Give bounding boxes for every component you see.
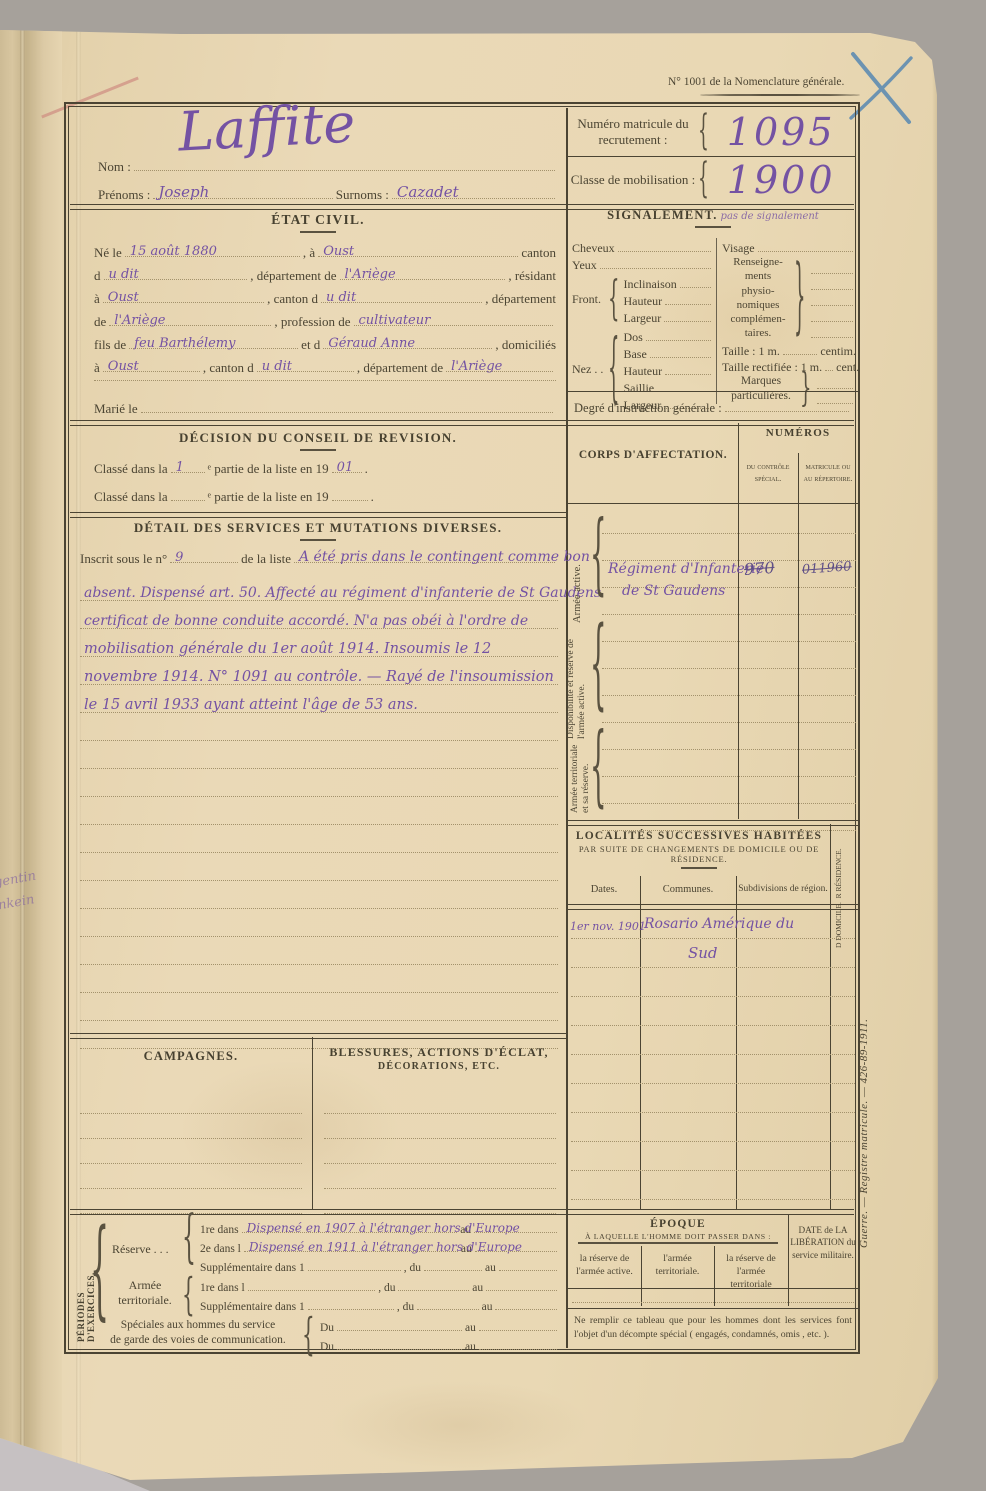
paper-stain [330,1380,590,1470]
blessures-title-1: BLESSURES, ACTIONS D'ÉCLAT, [312,1045,566,1060]
dotted-line [94,364,556,381]
territoriale-line-2: Supplémentaire dans 1 , du au [200,1297,560,1313]
dotted-line [602,696,856,723]
title-flourish [681,867,717,869]
section-rule [70,512,566,518]
mother-name-handwritten: Géraud Anne [328,336,415,351]
dotted-line [571,968,855,997]
localites-title: LOCALITÉS SUCCESSIVES HABITÉES [568,830,830,842]
taille-label: Taille : 1 m. [722,344,780,359]
matricule-repertoire-header: matricule ou au répertoire. [801,461,855,485]
dotted-line [80,965,558,993]
nez-label: Nez . . [572,362,608,377]
page-edge-shadow [932,35,940,1435]
dotted-line [80,1139,302,1164]
form-content: Nom : Laffite Prénoms : Joseph Surnoms :… [70,108,854,1348]
matricule-label: Numéro matricule du recrutement : [568,116,698,149]
title-flourish [695,226,731,228]
dotted-line [80,1114,302,1139]
dates-header: Dates. [568,884,640,895]
surnoms-field: Cazadet [392,184,555,199]
epoque-flourish [578,1242,778,1244]
decision-title: DÉCISION DU CONSEIL DE REVISION. [70,430,566,451]
surnoms-handwritten: Cazadet [397,183,459,201]
dotted-line [602,669,856,696]
epoque-date-col: DATE de LA LIBÉRATION du service militai… [790,1220,856,1261]
epoque-title: ÉPOQUE [568,1218,788,1230]
etat-civil-line-3: à Oust , canton d u dit , département [94,288,556,307]
dotted-line [602,777,856,804]
blessures-rows [324,1089,556,1214]
dotted-line [571,1084,855,1113]
prenoms-label: Prénoms : [98,187,150,203]
signalement-note-handwritten: pas de signalement [721,211,819,222]
register-page: gentin nkein N° 1001 de la Nomenclature … [0,0,986,1491]
matricule-value: 1095 [727,110,836,154]
renseignements-group: Renseigne- ments physio- nomiques complé… [722,255,856,341]
signalement-left-col: Cheveux Yeux Front. Inclinaison Hauteur … [572,238,714,412]
nomenclature-underline [700,94,860,96]
nom-label: Nom : [98,159,131,175]
dotted-line [80,937,558,965]
dotted-line [80,825,558,853]
services-line: novembre 1914. N° 1091 au contrôle. — Ra… [80,657,558,685]
subdivisions-header: Subdivisions de région. [736,884,830,894]
brace-icon [698,108,709,156]
birth-place-handwritten: Oust [323,244,354,259]
signalement-section: SIGNALEMENT. pas de signalement Cheveux … [568,208,858,420]
etat-civil-line-2: d u dit , département de l'Ariège , rési… [94,265,556,284]
classe-row: Classe de mobilisation : 1900 [568,156,856,204]
dotted-line [571,997,855,1026]
dotted-line [80,797,558,825]
dotted-line [571,1055,855,1084]
services-title: DÉTAIL DES SERVICES ET MUTATIONS DIVERSE… [70,520,566,541]
speciales-label: Spéciales aux hommes du service de garde… [98,1318,298,1348]
surnoms-label: Surnoms : [336,187,389,203]
armee-active-label: Armée active. [572,519,583,623]
nom-handwritten: Laffite [176,91,356,163]
dotted-line [80,1164,302,1189]
blessures-title-block: BLESSURES, ACTIONS D'ÉCLAT, DÉCORATIONS,… [312,1045,566,1072]
blessures-title-2: DÉCORATIONS, ETC. [312,1061,566,1072]
corps-num1-struck: 970 [743,558,775,579]
marie-line: Marié le [94,398,556,417]
nom-line: Nom : [98,156,558,175]
territoriale-label: Armée territoriale. [110,1278,180,1308]
binding-crease [20,0,25,1491]
services-line: absent. Dispensé art. 50. Affecté au rég… [80,573,558,601]
dispo-reserve-label: Disponibilité et réserve de l'armée acti… [566,629,588,739]
dotted-line [80,909,558,937]
matricule-row: Numéro matricule du recrutement : 1095 [568,108,856,157]
degre-rule [568,391,858,392]
dotted-line [80,713,558,741]
signalement-title-row: SIGNALEMENT. pas de signalement [568,208,858,228]
dotted-line [80,741,558,769]
epoque-col2: l'armée territoriale. [643,1248,712,1278]
etat-civil-line-4: de l'Ariège , profession de cultivateur [94,311,556,330]
birth-date-handwritten: 15 août 1880 [130,244,217,259]
campagnes-rows [80,1089,302,1214]
brace-icon [182,1268,195,1321]
localites-table: LOCALITÉS SUCCESSIVES HABITÉES PAR SUITE… [568,824,858,1210]
prenoms-field: Joseph [153,184,332,199]
title-flourish [300,539,336,541]
prenoms-handwritten: Joseph [158,183,209,201]
dotted-line [571,1171,855,1200]
brace-icon [608,272,619,327]
dotted-line [324,1089,556,1114]
territoriale-label: Armée territoriale et sa réserve. [570,743,592,813]
numeros-header: NUMÉROS [738,427,858,439]
territoriale-line-1: 1re dans l , du au [200,1278,560,1294]
campagnes-title: CAMPAGNES. [70,1049,312,1064]
epoque-col1: la réserve de l'armée active. [570,1248,639,1278]
communes-header: Communes. [640,884,736,895]
brace-icon [182,1206,196,1271]
dotted-line [80,769,558,797]
campagnes-blessures-block: CAMPAGNES. BLESSURES, ACTIONS D'ÉCLAT, D… [70,1037,566,1209]
dotted-line [602,615,856,642]
reserve-label: Réserve . . . [112,1242,169,1257]
dotted-line [324,1139,556,1164]
corps-title: CORPS D'AFFECTATION. [568,449,738,461]
inscrit-line: Inscrit sous le n° 9 de la liste A été p… [80,548,558,573]
dotted-line [602,750,856,777]
degre-label: Degré d'instruction générale : [574,401,722,416]
reserve-line-1: 1re dans Dispensé en 1907 à l'étranger h… [200,1220,560,1236]
etat-civil-line-5: fils de feu Barthélemy et d Géraud Anne … [94,334,556,353]
prenoms-line: Prénoms : Joseph Surnoms : Cazadet [98,184,558,203]
dotted-line [602,723,856,750]
father-name-handwritten: feu Barthélemy [134,336,235,351]
dotted-line [80,1089,302,1114]
form-border: Nom : Laffite Prénoms : Joseph Surnoms :… [64,102,860,1354]
cheveux-label: Cheveux [572,241,615,256]
brace-icon [90,1209,109,1335]
reserve-line-2: 2e dans l Dispensé en 1911 à l'étranger … [200,1239,560,1255]
decision-line-1: Classé dans la 1 ᵉ partie de la liste en… [94,458,494,477]
margin-handwritten-note: gentin nkein [0,869,41,914]
visage-label: Visage [722,241,755,256]
front-label: Front. [572,292,608,307]
dotted-line [80,881,558,909]
dotted-line [80,853,558,881]
yeux-label: Yeux [572,258,597,273]
front-group: Front. Inclinaison Hauteur Largeur [572,274,714,325]
localites-subtitle: PAR SUITE DE CHANGEMENTS DE DOMICILE OU … [568,844,830,864]
table-line [568,1308,858,1309]
speciales-line-1: Du au [320,1318,560,1334]
localites-commune-handwritten-2: Sud [688,944,718,962]
periodes-section: PÉRIODES D'EXERCICES. Réserve . . . 1re … [70,1214,566,1350]
services-block: Inscrit sous le n° 9 de la liste A été p… [80,548,558,1049]
book-binding-edge [0,0,62,1491]
corps-entry-line1: Régiment d'Infanterie [608,561,764,577]
nomenclature-note: N° 1001 de la Nomenclature générale. [668,76,844,88]
title-flourish [300,449,336,451]
localites-date-handwritten: 1er nov. 1901 [570,920,646,933]
services-line: mobilisation générale du 1er août 1914. … [80,629,558,657]
brace-icon [302,1308,315,1361]
services-line: le 15 avril 1933 ayant atteint l'âge de … [80,685,558,713]
reserve-line-3: Supplémentaire dans 1 , du au [200,1258,560,1274]
epoque-table: ÉPOQUE À LAQUELLE L'HOMME DOIT PASSER DA… [568,1214,858,1350]
renseignements-label: Renseigne- ments physio- nomiques complé… [722,255,794,341]
dotted-line [571,1142,855,1171]
corps-entry-line2: de St Gaudens [622,583,725,599]
dotted-line [602,534,856,561]
profession-handwritten: cultivateur [359,313,431,328]
controle-special-header: du contrôle spécial. [741,461,795,485]
signalement-right-col: Visage Renseigne- ments physio- nomiques… [716,238,856,404]
table-line [568,503,858,504]
services-line: certificat de bonne conduite accordé. N'… [80,601,558,629]
localites-commune-handwritten-1: Rosario Amérique du [644,916,794,932]
decision-line-2: Classé dans la ᵉ partie de la liste en 1… [94,486,494,505]
dotted-line [602,642,856,669]
dotted-line [571,1113,855,1142]
classe-label: Classe de mobilisation : [568,172,698,188]
etat-civil-title: ÉTAT CIVIL. [70,212,566,233]
corps-rows [602,507,856,831]
corps-table: CORPS D'AFFECTATION. NUMÉROS du contrôle… [568,423,858,819]
brace-icon [698,156,709,204]
localites-title-block: LOCALITÉS SUCCESSIVES HABITÉES PAR SUITE… [568,830,830,869]
epoque-note: Ne remplir ce tableau que pour les homme… [574,1314,852,1342]
classe-value: 1900 [727,158,836,202]
etat-civil-line-1: Né le 15 août 1880 , à Oust canton [94,242,556,261]
marie-field [141,398,553,413]
speciales-line-2: Du au [320,1337,560,1353]
degre-line: Degré d'instruction générale : [574,398,852,416]
brace-icon [794,250,805,347]
form-border-inner: Nom : Laffite Prénoms : Joseph Surnoms :… [68,106,856,1350]
dotted-line [602,507,856,534]
dotted-line [571,1026,855,1055]
dotted-line [324,1164,556,1189]
dotted-line [572,1288,854,1303]
epoque-subtitle: À LAQUELLE L'HOMME DOIT PASSER DANS : [568,1232,788,1241]
dotted-line [80,993,558,1021]
epoque-col3: la réserve de l'armée territoriale [716,1248,786,1292]
dotted-line [324,1114,556,1139]
signalement-title: SIGNALEMENT. [607,208,717,222]
title-flourish [300,231,336,233]
